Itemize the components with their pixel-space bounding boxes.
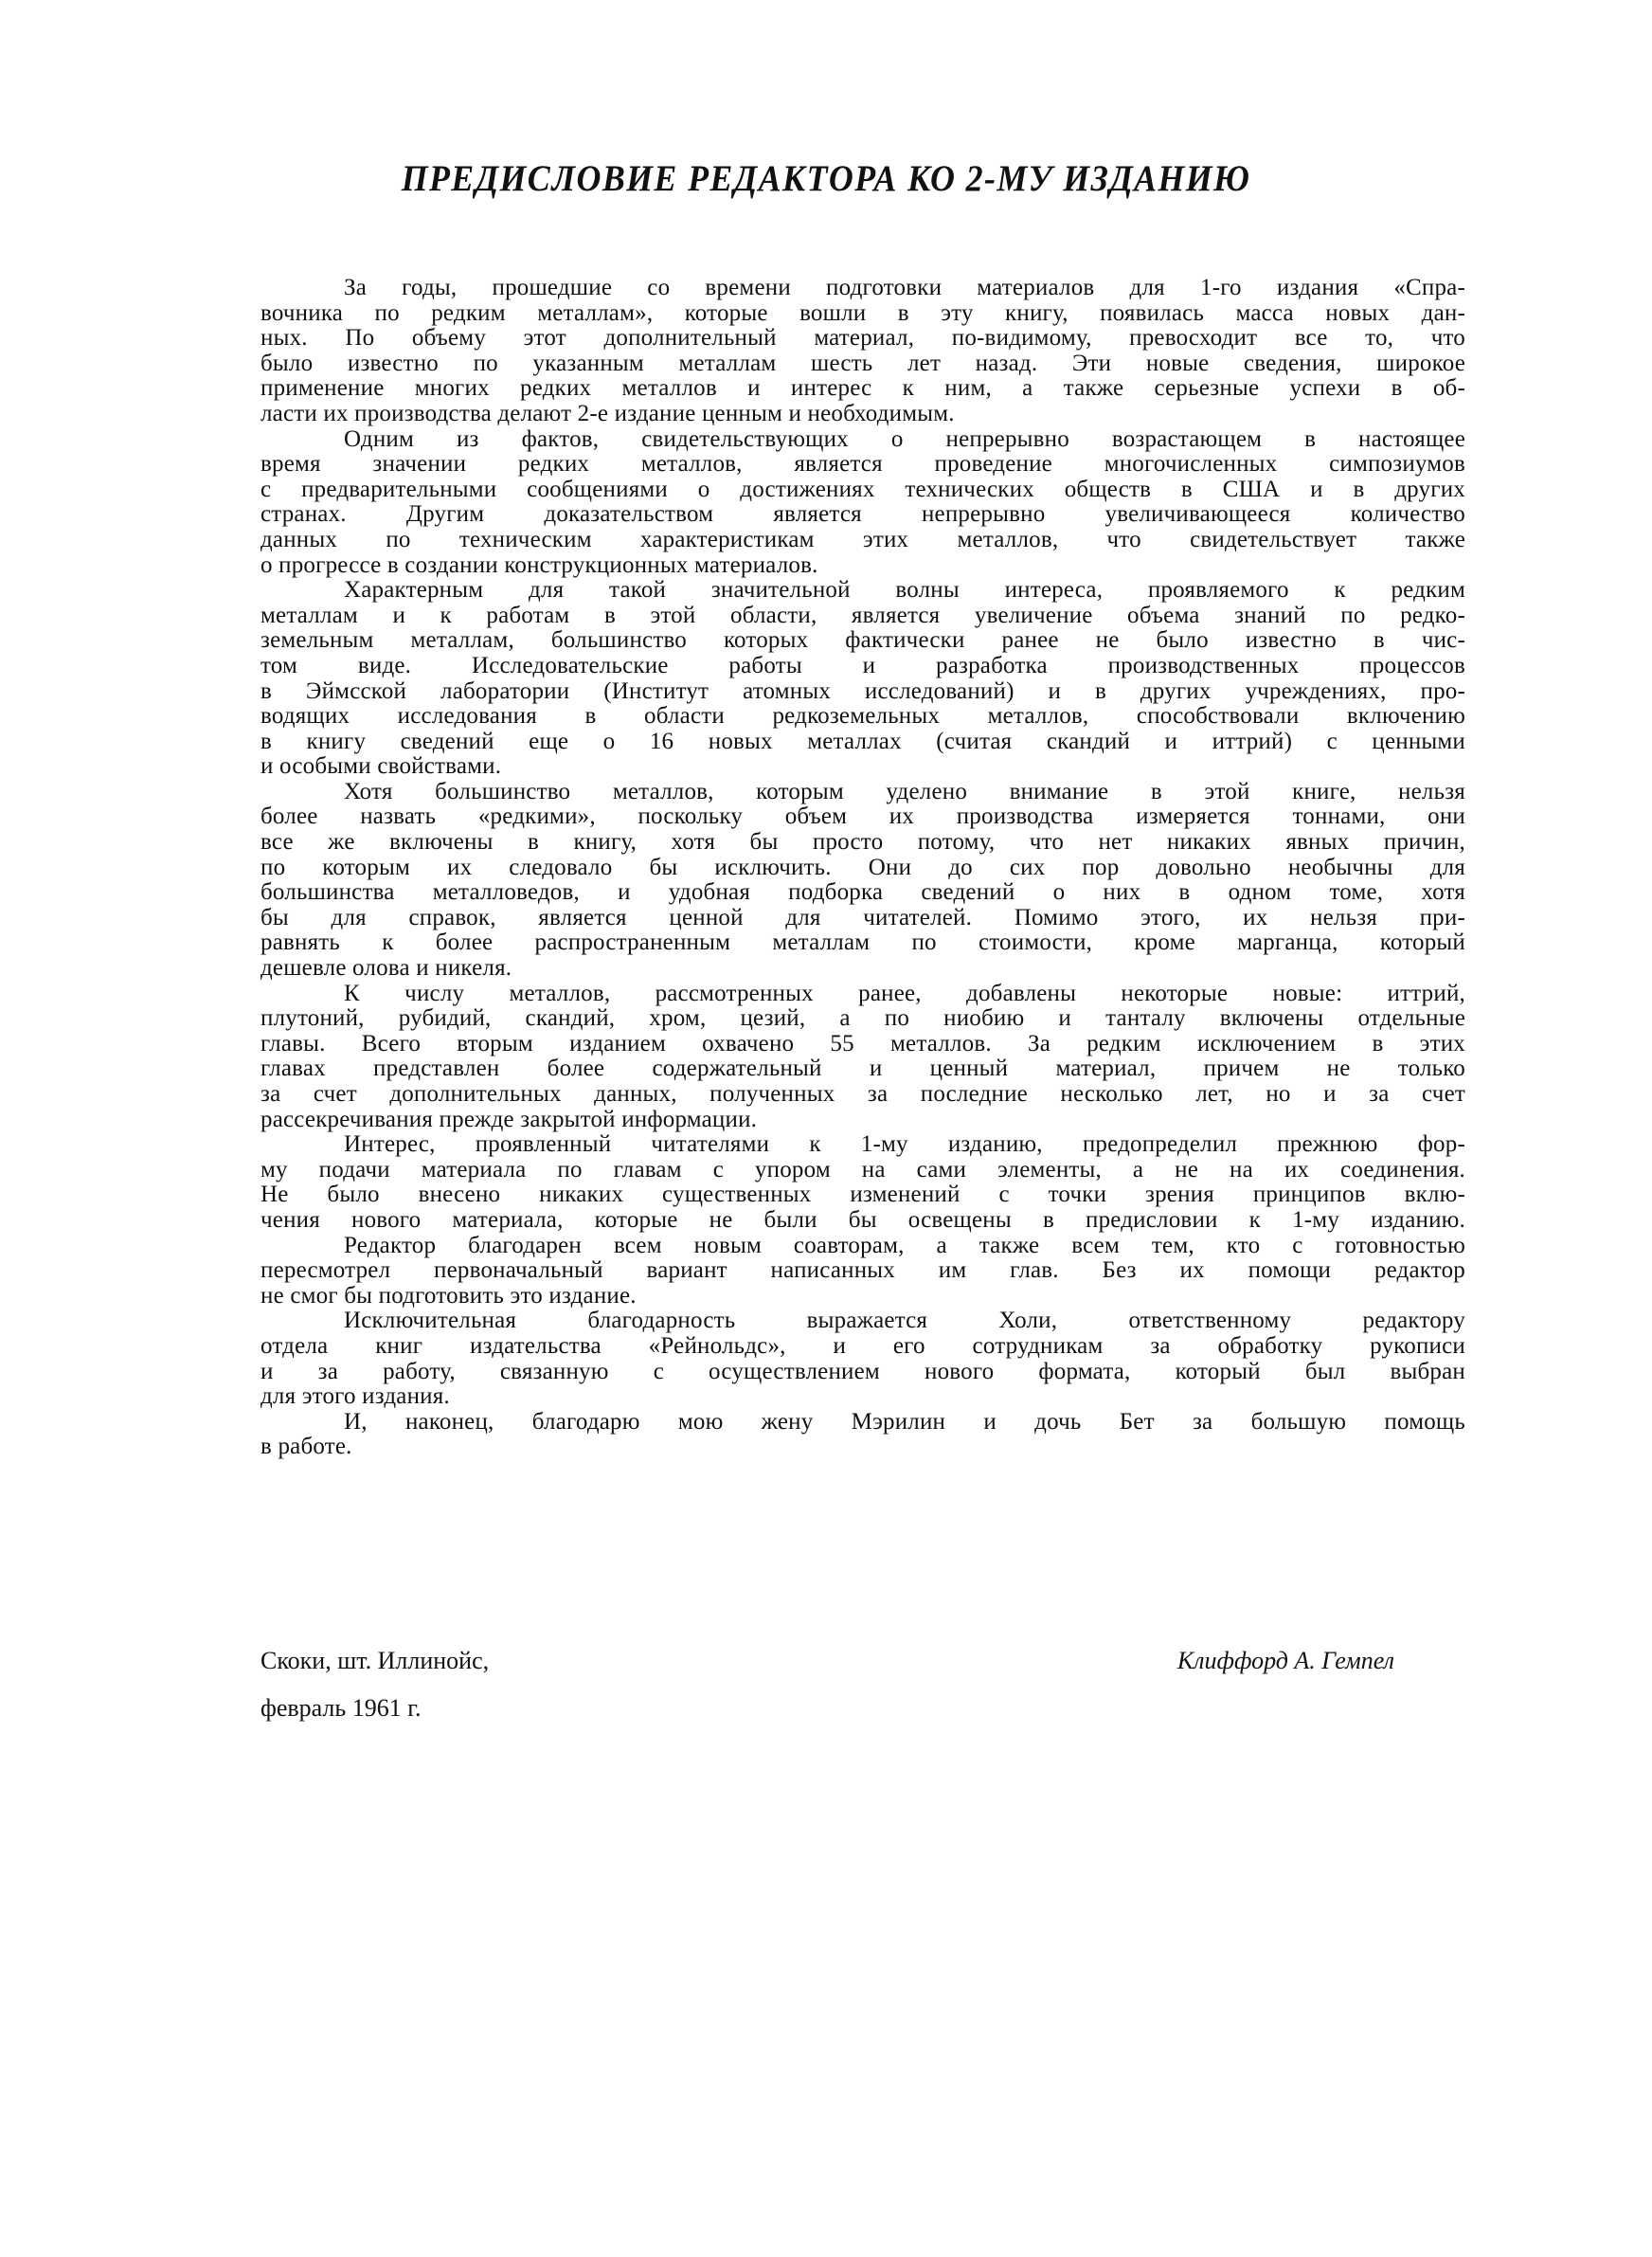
text-line: вочника по редким металлам», которые вош… xyxy=(260,301,1465,327)
text-line: для этого издания. xyxy=(260,1384,1465,1410)
text-line: было известно по указанным металлам шест… xyxy=(260,352,1465,377)
text-line: время значении редких металлов, является… xyxy=(260,452,1465,478)
text-line: более назвать «редкими», поскольку объем… xyxy=(260,804,1465,830)
signature-date: февраль 1961 г. xyxy=(260,1685,1465,1732)
paragraph-9: И, наконец, благодарю мою жену Мэрилин и… xyxy=(260,1410,1465,1460)
paragraph-8: Исключительная благодарность выражается … xyxy=(260,1309,1465,1409)
text-line: странах. Другим доказательством является… xyxy=(260,502,1465,528)
text-line: земельным металлам, большинство которых … xyxy=(260,628,1465,654)
paragraph-6: Интерес, проявленный читателями к 1-му и… xyxy=(260,1132,1465,1233)
text-line: дешевле олова и никеля. xyxy=(260,956,1465,982)
text-line: применение многих редких металлов и инте… xyxy=(260,376,1465,402)
text-line: все же включены в книгу, хотя бы просто … xyxy=(260,830,1465,856)
text-line: бы для справок, является ценной для чита… xyxy=(260,906,1465,931)
text-line: чения нового материала, которые не были … xyxy=(260,1208,1465,1234)
text-line: отдела книг издательства «Рейнольдс», и … xyxy=(260,1334,1465,1360)
text-line: о прогрессе в создании конструкционных м… xyxy=(260,553,1465,579)
text-line: главах представлен более содержательный … xyxy=(260,1056,1465,1082)
signature-author: Клиффорд А. Гемпел xyxy=(1177,1637,1394,1685)
text-line: За годы, прошедшие со времени подготовки… xyxy=(260,276,1465,301)
text-line: равнять к более распространенным металла… xyxy=(260,930,1465,956)
text-line: данных по техническим характеристикам эт… xyxy=(260,528,1465,553)
text-line: ласти их производства делают 2-е издание… xyxy=(260,402,1465,427)
paragraph-2: Одним из фактов, свидетельствующих о неп… xyxy=(260,427,1465,579)
text-line: Интерес, проявленный читателями к 1-му и… xyxy=(260,1132,1465,1158)
text-line: Хотя большинство металлов, которым уделе… xyxy=(260,780,1465,805)
text-line: Не было внесено никаких существенных изм… xyxy=(260,1183,1465,1208)
paragraph-3: Характерным для такой значительной волны… xyxy=(260,578,1465,780)
text-line: Редактор благодарен всем новым соавторам… xyxy=(260,1234,1465,1259)
text-line: плутоний, рубидий, скандий, хром, цезий,… xyxy=(260,1006,1465,1032)
text-line: с предварительными сообщениями о достиже… xyxy=(260,478,1465,503)
text-line: в Эймсской лаборатории (Институт атомных… xyxy=(260,679,1465,705)
text-line: не смог бы подготовить это издание. xyxy=(260,1284,1465,1309)
text-line: рассекречивания прежде закрытой информац… xyxy=(260,1108,1465,1133)
text-line: том виде. Исследовательские работы и раз… xyxy=(260,654,1465,679)
preface-body: За годы, прошедшие со времени подготовки… xyxy=(260,276,1465,1460)
text-line: за счет дополнительных данных, полученны… xyxy=(260,1082,1465,1108)
paragraph-7: Редактор благодарен всем новым соавторам… xyxy=(260,1234,1465,1309)
text-line: и особыми свойствами. xyxy=(260,754,1465,780)
text-line: по которым их следовало бы исключить. Он… xyxy=(260,856,1465,881)
text-line: му подачи материала по главам с упором н… xyxy=(260,1158,1465,1183)
text-line: Одним из фактов, свидетельствующих о неп… xyxy=(260,427,1465,453)
paragraph-4: Хотя большинство металлов, которым уделе… xyxy=(260,780,1465,982)
text-line: в работе. xyxy=(260,1435,1465,1460)
signature-block: Скоки, шт. Иллинойс, февраль 1961 г. Кли… xyxy=(260,1637,1465,1732)
text-line: Характерным для такой значительной волны… xyxy=(260,578,1465,604)
text-line: И, наконец, благодарю мою жену Мэрилин и… xyxy=(260,1410,1465,1435)
text-line: Исключительная благодарность выражается … xyxy=(260,1309,1465,1334)
text-line: пересмотрел первоначальный вариант напис… xyxy=(260,1258,1465,1284)
text-line: и за работу, связанную с осуществлением … xyxy=(260,1360,1465,1385)
page-title: ПРЕДИСЛОВИЕ РЕДАКТОРА КО 2-МУ ИЗДАНИЮ xyxy=(66,155,1586,203)
text-line: в книгу сведений еще о 16 новых металлах… xyxy=(260,730,1465,755)
text-line: главы. Всего вторым изданием охвачено 55… xyxy=(260,1032,1465,1057)
paragraph-5: К числу металлов, рассмотренных ранее, д… xyxy=(260,982,1465,1133)
text-line: ных. По объему этот дополнительный матер… xyxy=(260,326,1465,352)
text-line: К числу металлов, рассмотренных ранее, д… xyxy=(260,982,1465,1007)
text-line: металлам и к работам в этой области, явл… xyxy=(260,604,1465,629)
text-line: водящих исследования в области редкоземе… xyxy=(260,704,1465,730)
paragraph-1: За годы, прошедшие со времени подготовки… xyxy=(260,276,1465,427)
text-line: большинства металловедов, и удобная подб… xyxy=(260,880,1465,906)
